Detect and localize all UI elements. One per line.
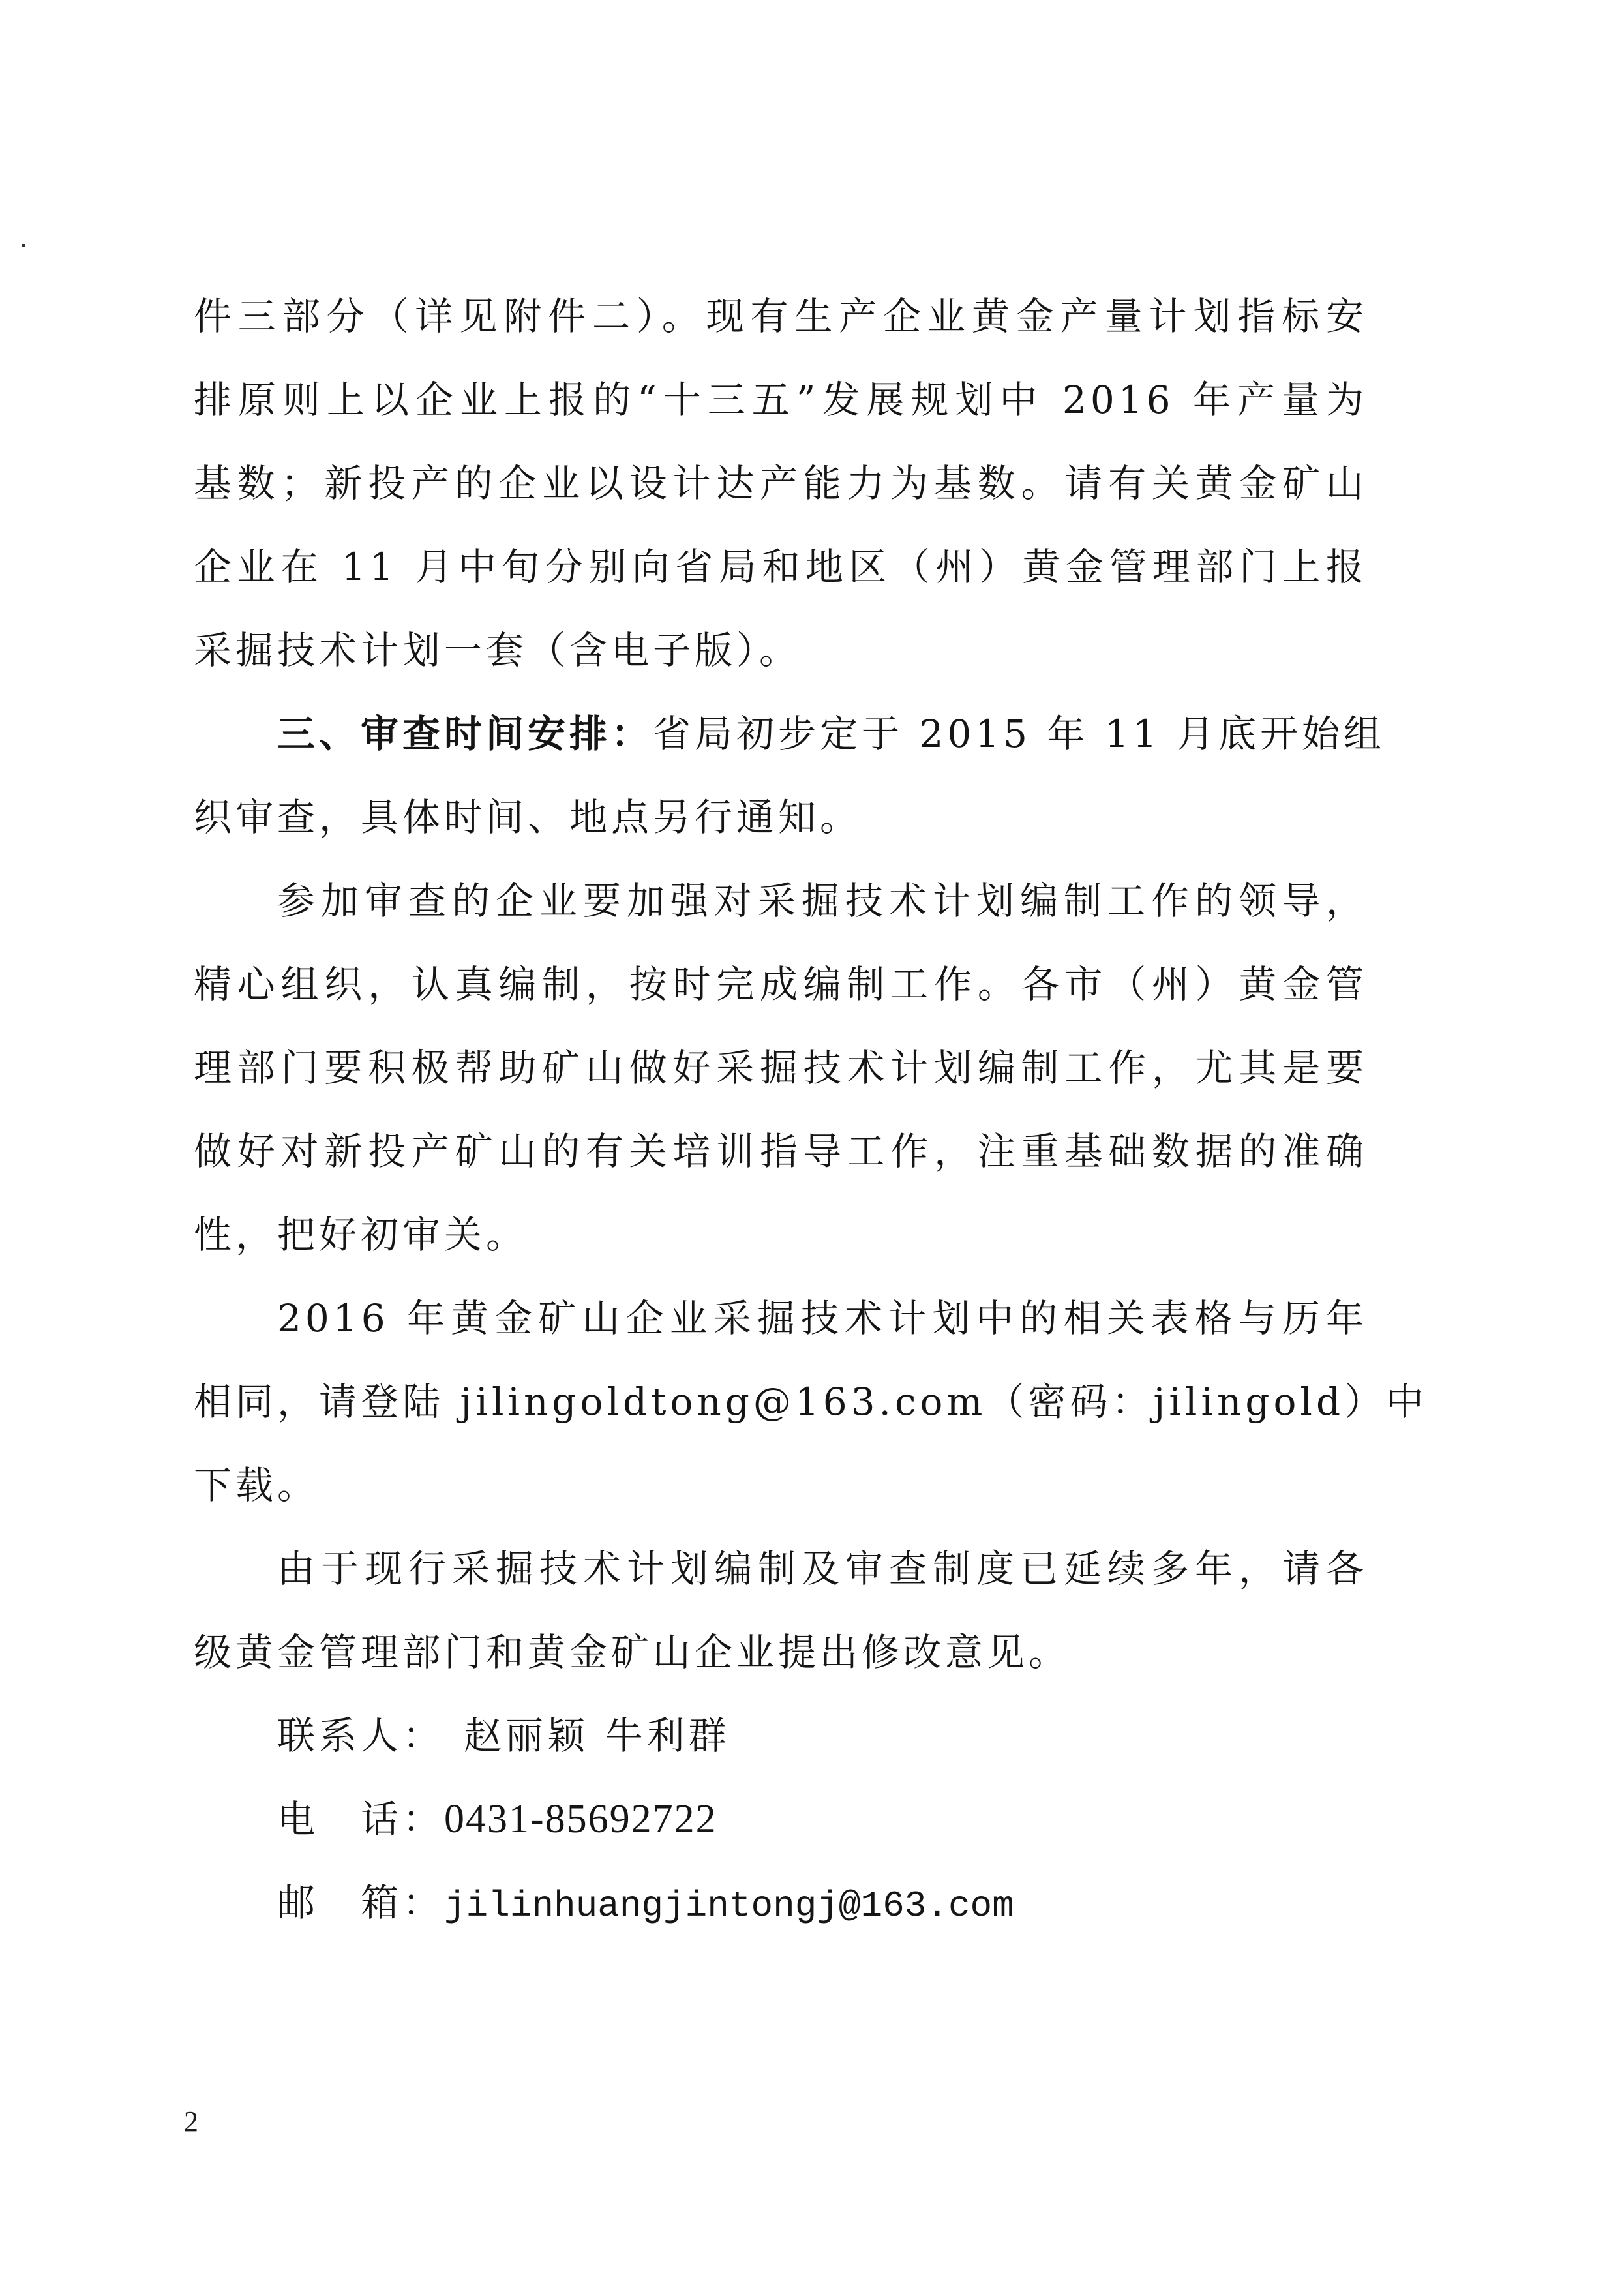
paragraph-1-line-1: 件三部分（详见附件二）。现有生产企业黄金产量计划指标安: [194, 287, 1368, 346]
contact-person-line: 联系人：赵丽颖 牛利群: [277, 1706, 1368, 1765]
scan-speck: [22, 244, 25, 247]
paragraph-3-line-5: 性，把好初审关。: [194, 1205, 1368, 1264]
section-heading-review-schedule: 三、审查时间安排：: [277, 712, 653, 756]
paragraph-1-line-3: 基数；新投产的企业以设计达产能力为基数。请有关黄金矿山: [194, 454, 1368, 513]
paragraph-2-line-2: 织审查，具体时间、地点另行通知。: [194, 788, 1368, 847]
contact-email-value[interactable]: jilinhuangjintongj@163.com: [444, 1885, 1014, 1927]
document-page: 件三部分（详见附件二）。现有生产企业黄金产量计划指标安 排原则上以企业上报的“十…: [0, 0, 1607, 2296]
paragraph-5-line-1: 由于现行采掘技术计划编制及审查制度已延续多年，请各: [277, 1539, 1368, 1598]
paragraph-4-line-3: 下载。: [194, 1456, 1368, 1515]
section-heading-line: 三、审查时间安排：省局初步定于 2015 年 11 月底开始组: [277, 704, 1368, 763]
paragraph-1-line-4: 企业在 11 月中旬分别向省局和地区（州）黄金管理部门上报: [194, 537, 1368, 596]
paragraph-4-line-1: 2016 年黄金矿山企业采掘技术计划中的相关表格与历年: [277, 1289, 1368, 1348]
paragraph-3-line-1: 参加审查的企业要加强对采掘技术计划编制工作的领导，: [277, 871, 1368, 930]
paragraph-3-line-2: 精心组织，认真编制，按时完成编制工作。各市（州）黄金管: [194, 955, 1368, 1014]
contact-email-label: 邮 箱：: [277, 1881, 444, 1925]
paragraph-3-line-4: 做好对新投产矿山的有关培训指导工作，注重基础数据的准确: [194, 1122, 1368, 1181]
page-number: 2: [184, 2106, 198, 2138]
contact-phone-value: 0431-85692722: [444, 1797, 717, 1841]
paragraph-3-line-3: 理部门要积极帮助矿山做好采掘技术计划编制工作，尤其是要: [194, 1038, 1368, 1097]
contact-phone-label: 电 话：: [277, 1797, 444, 1841]
contact-person-label: 联系人：: [277, 1714, 444, 1758]
contact-person-value: 赵丽颖 牛利群: [464, 1714, 730, 1758]
paragraph-5-line-2: 级黄金管理部门和黄金矿山企业提出修改意见。: [194, 1623, 1368, 1682]
section-heading-body: 省局初步定于 2015 年 11 月底开始组: [653, 712, 1385, 756]
paragraph-1-line-5: 采掘技术计划一套（含电子版）。: [194, 621, 1368, 680]
paragraph-4-line-2-download-link: 相同，请登陆 jilingoldtong@163.com（密码：jilingol…: [194, 1372, 1368, 1431]
contact-email-line: 邮 箱：jilinhuangjintongj@163.com: [277, 1873, 1368, 1932]
paragraph-1-line-2: 排原则上以企业上报的“十三五”发展规划中 2016 年产量为: [194, 370, 1368, 429]
contact-phone-line: 电 话：0431-85692722: [277, 1790, 1368, 1849]
